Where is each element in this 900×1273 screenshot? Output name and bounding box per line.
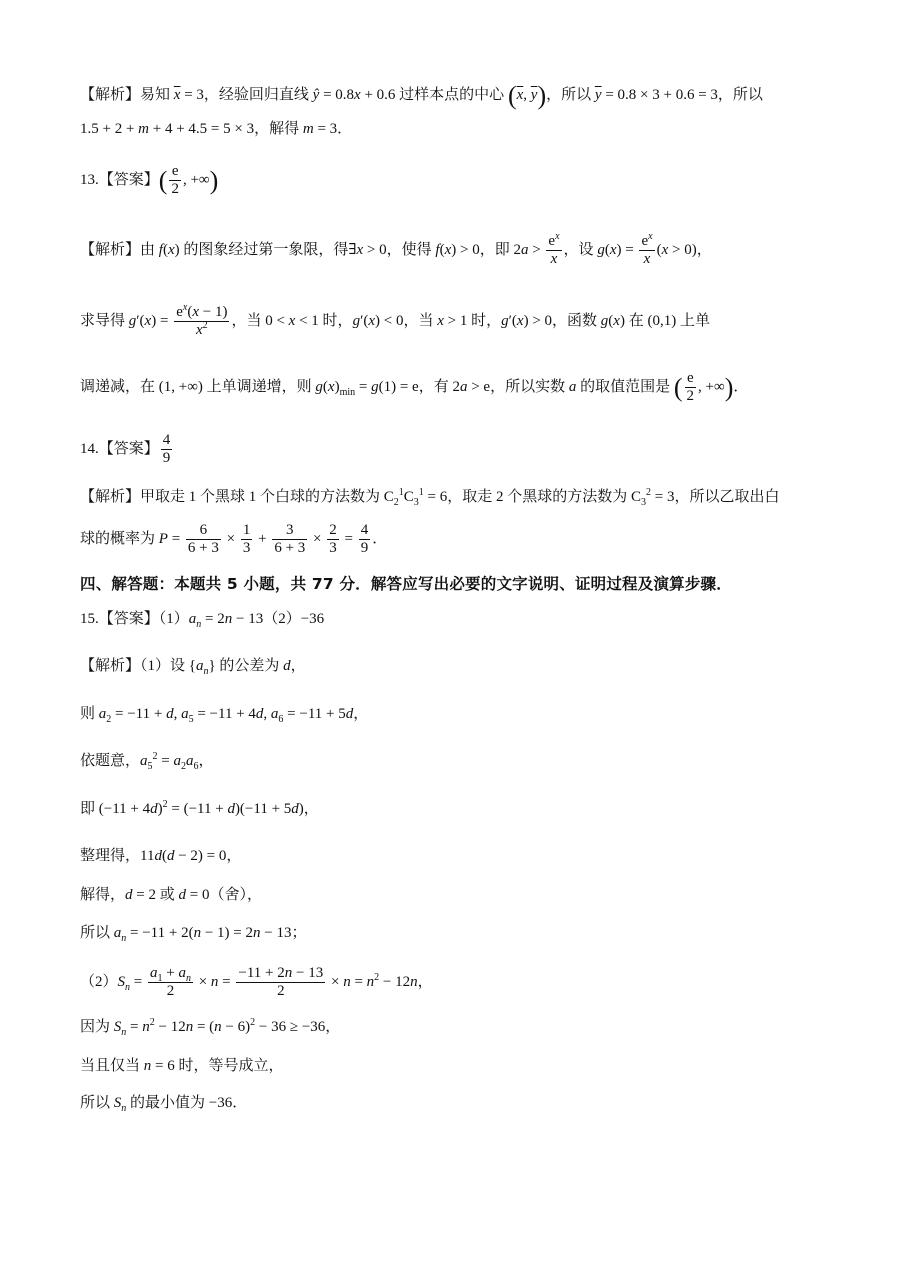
section-heading: 四、解答题：本题共 5 小题，共 77 分．解答应写出必要的文字说明、证明过程及… [80, 575, 732, 594]
q15-step-9: 因为 Sn = n2 − 12n = (n − 6)2 − 36 ≥ −36， [80, 1018, 340, 1036]
q15-step-8: （2）Sn = a1 + an2 × n = −11 + 2n − 132 × … [80, 965, 433, 1001]
q15-step-1: 【解析】（1）设 {an} 的公差为 d， [80, 657, 306, 675]
q15-step-7: 所以 an = −11 + 2(n − 1) = 2n − 13； [80, 924, 306, 942]
q14-analysis-line-2: 球的概率为 P = 66 + 3 × 13 + 36 + 3 × 23 = 49… [80, 522, 387, 558]
q15-step-5: 整理得，11d(d − 2) = 0， [80, 847, 241, 865]
q15-step-10: 当且仅当 n = 6 时，等号成立， [80, 1057, 283, 1075]
q12-analysis-line-1: 【解析】易知 x = 3，经验回归直线 ŷ = 0.8x + 0.6 过样本点的… [80, 80, 763, 111]
q15-step-2: 则 a2 = −11 + d, a5 = −11 + 4d, a6 = −11 … [80, 705, 368, 723]
q12-analysis-line-2: 1.5 + 2 + m + 4 + 4.5 = 5 × 3，解得 m = 3． [80, 120, 352, 138]
q15-answer: 15.【答案】（1）an = 2n − 13（2）−36 [80, 610, 324, 628]
q15-step-4: 即 (−11 + 4d)2 = (−11 + d)(−11 + 5d)， [80, 800, 319, 818]
q13-answer: 13.【答案】(e2, +∞) [80, 163, 218, 199]
q14-answer: 14.【答案】49 [80, 432, 174, 468]
q15-step-6: 解得，d = 2 或 d = 0（舍）， [80, 886, 262, 904]
q14-analysis-line-1: 【解析】甲取走 1 个黑球 1 个白球的方法数为 C21C31 = 6，取走 2… [80, 488, 779, 506]
q13-analysis-line-2: 求导得 g′(x) = ex(x − 1)x2，当 0 < x < 1 时，g′… [80, 304, 710, 340]
q15-step-11: 所以 Sn 的最小值为 −36． [80, 1094, 247, 1112]
q15-step-3: 依题意，a52 = a2a6， [80, 752, 214, 770]
q13-analysis-line-1: 【解析】由 f(x) 的图象经过第一象限，得∃x > 0，使得 f(x) > 0… [80, 233, 712, 269]
q13-analysis-line-3: 调递减，在 (1, +∞) 上单调递增，则 g(x)min = g(1) = e… [80, 370, 748, 406]
